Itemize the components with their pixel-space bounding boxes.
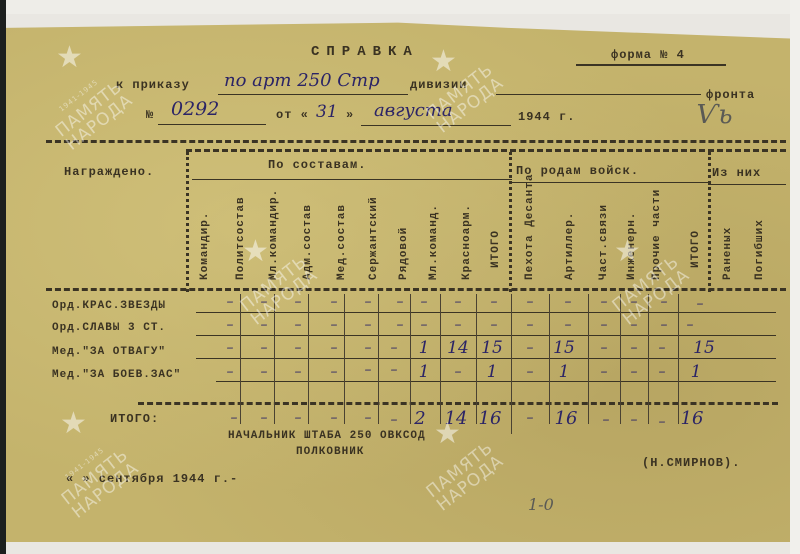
awarded-header: Награждено. bbox=[64, 165, 154, 179]
table-cell: – bbox=[440, 364, 476, 380]
group-underline-of-them bbox=[708, 184, 786, 185]
table-cell: 1 bbox=[406, 362, 442, 382]
table-cell: – bbox=[212, 364, 248, 380]
watermark-star-icon: ★ bbox=[614, 234, 641, 269]
table-cell: – bbox=[406, 317, 442, 333]
row-label-red-star: Орд.КРАС.ЗВЕЗДЫ bbox=[52, 300, 166, 312]
watermark-star-icon: ★ bbox=[434, 416, 461, 451]
signatory-name: (Н.СМИРНОВ). bbox=[642, 456, 740, 470]
order-to-handwritten: по арт 250 Стр bbox=[224, 70, 380, 91]
table-cell: 16 bbox=[472, 408, 508, 429]
col-header-wounded: Раненых bbox=[722, 208, 734, 280]
grid-v bbox=[678, 294, 679, 424]
signatory-title: НАЧАЛЬНИК ШТАБА 250 ОВКСОД bbox=[228, 430, 426, 442]
table-cell: – bbox=[316, 410, 352, 426]
pencil-note: 1-0 bbox=[528, 495, 554, 514]
table-cell: 16 bbox=[548, 408, 584, 429]
table-cell: – bbox=[212, 317, 248, 333]
grid-v bbox=[308, 294, 309, 424]
col-header-privates: Рядовой bbox=[398, 184, 410, 280]
table-cell: – bbox=[550, 294, 586, 310]
group-underline-rank bbox=[192, 179, 512, 180]
col-sep bbox=[186, 152, 189, 292]
table-cell: 16 bbox=[674, 408, 710, 429]
col-header-signals: Част.связи bbox=[598, 192, 610, 280]
col-header-infantry: Пехота Десанта bbox=[524, 190, 536, 280]
table-cell: – bbox=[682, 296, 718, 312]
grid-v bbox=[344, 294, 345, 424]
number-handwritten: 0292 bbox=[171, 98, 219, 120]
table-cell: – bbox=[476, 294, 512, 310]
table-cell: – bbox=[512, 410, 548, 426]
table-cell: – bbox=[246, 340, 282, 356]
grid-v bbox=[378, 294, 379, 424]
total-separator bbox=[138, 402, 778, 405]
col-header-artillery: Артиллер. bbox=[564, 196, 576, 280]
table-cell: – bbox=[440, 317, 476, 333]
table-cell: – bbox=[316, 317, 352, 333]
watermark-star-icon: ★ bbox=[60, 406, 87, 441]
table-cell: – bbox=[316, 340, 352, 356]
table-cell: – bbox=[476, 317, 512, 333]
number-underline bbox=[158, 124, 266, 125]
table-cell: – bbox=[280, 340, 316, 356]
watermark-star-icon: ★ bbox=[430, 44, 457, 79]
row-line bbox=[196, 335, 776, 336]
col-header-sergeants: Сержантский bbox=[368, 184, 380, 280]
watermark-star-icon: ★ bbox=[242, 234, 269, 269]
order-prefix: к приказу bbox=[116, 78, 190, 92]
table-cell: 15 bbox=[686, 338, 722, 358]
form-number-underline bbox=[576, 64, 726, 66]
scan-left-edge bbox=[0, 0, 6, 554]
table-cell: – bbox=[280, 364, 316, 380]
col-header-red-army: Красноарм. bbox=[461, 196, 473, 280]
group-underline-branch bbox=[512, 182, 708, 183]
col-header-killed: Погибших bbox=[754, 202, 766, 280]
table-cell: 2 bbox=[402, 408, 438, 429]
year: 1944 г. bbox=[518, 110, 575, 124]
scan-top-margin bbox=[0, 0, 800, 14]
table-cell: – bbox=[512, 294, 548, 310]
table-cell: 1 bbox=[546, 362, 582, 382]
grid-v bbox=[410, 294, 411, 424]
table-cell: – bbox=[350, 317, 386, 333]
col-sep bbox=[708, 152, 711, 292]
table-cell: 14 bbox=[440, 338, 476, 358]
table-cell: – bbox=[280, 317, 316, 333]
table-cell: – bbox=[512, 340, 548, 356]
form-number: форма № 4 bbox=[611, 48, 685, 62]
grid-v bbox=[440, 294, 441, 424]
row-label-glory: Орд.СЛАВЫ 3 СТ. bbox=[52, 322, 166, 334]
table-cell: – bbox=[316, 294, 352, 310]
table-cell: – bbox=[280, 410, 316, 426]
table-cell: 15 bbox=[546, 338, 582, 358]
table-cell: – bbox=[350, 294, 386, 310]
col-header-jr-command: Мл.команд. bbox=[428, 184, 440, 280]
row-label-combat-merit: Мед."ЗА БОЕВ.ЗАС" bbox=[52, 369, 181, 381]
table-cell: – bbox=[246, 364, 282, 380]
table-cell: – bbox=[672, 317, 708, 333]
col-header-total-branch: ИТОГО bbox=[690, 208, 702, 268]
table-cell: – bbox=[440, 294, 476, 310]
day-handwritten: 31 bbox=[316, 102, 338, 122]
watermark-star-icon: ★ bbox=[56, 40, 83, 75]
corner-pencil-mark: Ѵь bbox=[696, 100, 733, 130]
table-cell: 1 bbox=[474, 362, 510, 382]
col-sep bbox=[509, 152, 512, 292]
table-cell: – bbox=[316, 364, 352, 380]
order-underline bbox=[218, 94, 408, 95]
group-of-them: Из них bbox=[712, 166, 761, 180]
table-cell: – bbox=[406, 294, 442, 310]
number-prefix: № bbox=[146, 108, 154, 122]
division-underline bbox=[496, 94, 701, 95]
scan-right-margin bbox=[790, 0, 800, 554]
header-separator-2 bbox=[186, 149, 786, 152]
table-cell: – bbox=[644, 364, 680, 380]
row-label-courage: Мед."ЗА ОТВАГУ" bbox=[52, 346, 166, 358]
day-close-quote: » bbox=[346, 108, 354, 122]
group-by-rank: По составам. bbox=[268, 158, 366, 172]
watermark: 1941-1945 ПАМЯТЬ НАРОДА bbox=[49, 433, 143, 522]
row-line bbox=[196, 312, 776, 313]
table-cell: 1 bbox=[406, 338, 442, 358]
col-header-commanders: Командир. bbox=[199, 190, 211, 280]
grid-v bbox=[240, 294, 241, 424]
table-cell: – bbox=[246, 410, 282, 426]
col-header-total-rank: ИТОГО bbox=[490, 208, 502, 268]
table-cell: 15 bbox=[474, 338, 510, 358]
grid-v bbox=[476, 294, 477, 424]
table-cell: – bbox=[512, 317, 548, 333]
header-separator bbox=[46, 140, 786, 143]
from-label: от « bbox=[276, 108, 309, 122]
document-title: СПРАВКА bbox=[311, 44, 419, 60]
grid-v bbox=[588, 294, 589, 424]
table-cell: – bbox=[512, 364, 548, 380]
table-cell: – bbox=[212, 340, 248, 356]
grid-v bbox=[549, 294, 550, 424]
col-header-junior-commanders: Мл.командир. bbox=[268, 184, 280, 280]
signatory-rank: ПОЛКОВНИК bbox=[296, 446, 364, 458]
document-sheet: СПРАВКА форма № 4 к приказу по арт 250 С… bbox=[6, 12, 790, 542]
row-line bbox=[196, 358, 776, 359]
total-label: ИТОГО: bbox=[110, 412, 159, 426]
table-cell: – bbox=[644, 340, 680, 356]
table-cell: – bbox=[550, 317, 586, 333]
table-cell: 1 bbox=[678, 362, 714, 382]
col-header-medical: Мед.состав bbox=[336, 184, 348, 280]
